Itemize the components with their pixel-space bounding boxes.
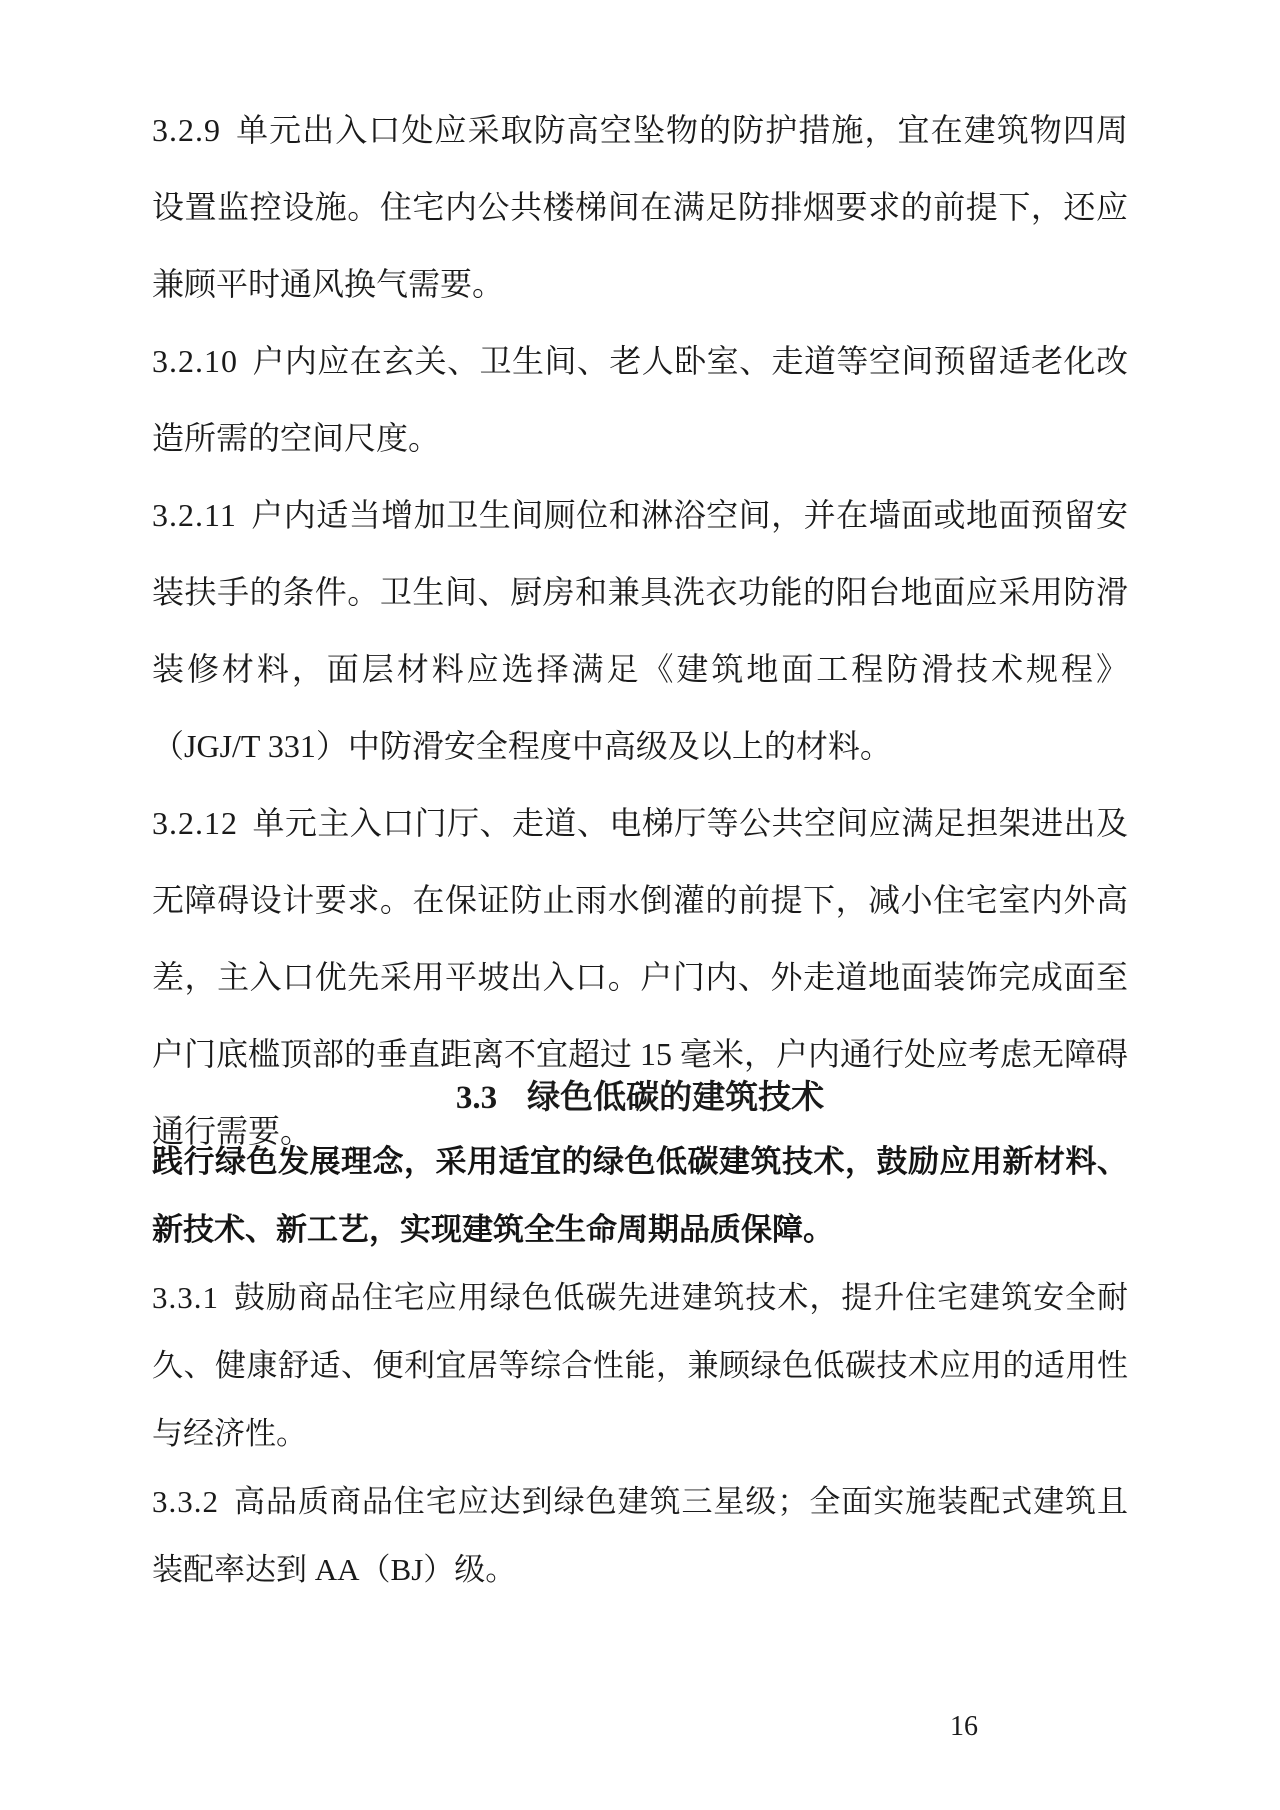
page-number: 16	[950, 1710, 978, 1744]
clause-3-2-11: 3.2.11户内适当增加卫生间厕位和淋浴空间，并在墙面或地面预留安装扶手的条件。…	[152, 477, 1128, 785]
clause-3-2-9: 3.2.9单元出入口处应采取防高空坠物的防护措施，宜在建筑物四周设置监控设施。住…	[152, 92, 1128, 323]
clause-3-3-2-text: 高品质商品住宅应达到绿色建筑三星级；全面实施装配式建筑且装配率达到 AA（BJ）…	[152, 1484, 1128, 1587]
clause-3-3-1: 3.3.1鼓励商品住宅应用绿色低碳先进建筑技术，提升住宅建筑安全耐久、健康舒适、…	[152, 1264, 1128, 1468]
document-page: 3.2.9单元出入口处应采取防高空坠物的防护措施，宜在建筑物四周设置监控设施。住…	[0, 0, 1280, 1810]
section-3-3-heading-title: 绿色低碳的建筑技术	[527, 1078, 824, 1115]
section-3-3-body: 践行绿色发展理念，采用适宜的绿色低碳建筑技术，鼓励应用新材料、新技术、新工艺，实…	[152, 1128, 1128, 1604]
clause-3-3-2-number: 3.3.2	[152, 1484, 219, 1519]
clause-3-2-9-number: 3.2.9	[152, 112, 221, 148]
clause-3-3-1-number: 3.3.1	[152, 1280, 219, 1315]
clause-3-2-10: 3.2.10户内应在玄关、卫生间、老人卧室、走道等空间预留适老化改造所需的空间尺…	[152, 323, 1128, 477]
clause-3-2-9-text: 单元出入口处应采取防高空坠物的防护措施，宜在建筑物四周设置监控设施。住宅内公共楼…	[152, 112, 1128, 302]
clause-3-2-11-number: 3.2.11	[152, 497, 237, 533]
section-3-3-heading: 3.3绿色低碳的建筑技术	[152, 1068, 1128, 1127]
clause-3-3-1-text: 鼓励商品住宅应用绿色低碳先进建筑技术，提升住宅建筑安全耐久、健康舒适、便利宜居等…	[152, 1280, 1128, 1451]
clause-3-3-2: 3.3.2高品质商品住宅应达到绿色建筑三星级；全面实施装配式建筑且装配率达到 A…	[152, 1468, 1128, 1604]
clause-3-2-10-number: 3.2.10	[152, 343, 238, 379]
section-3-3-intro: 践行绿色发展理念，采用适宜的绿色低碳建筑技术，鼓励应用新材料、新技术、新工艺，实…	[152, 1128, 1128, 1264]
section-3-2-body: 3.2.9单元出入口处应采取防高空坠物的防护措施，宜在建筑物四周设置监控设施。住…	[152, 92, 1128, 1170]
section-3-3-heading-number: 3.3	[456, 1080, 497, 1116]
clause-3-2-12-number: 3.2.12	[152, 805, 238, 841]
clause-3-2-10-text: 户内应在玄关、卫生间、老人卧室、走道等空间预留适老化改造所需的空间尺度。	[152, 343, 1128, 456]
clause-3-2-11-text: 户内适当增加卫生间厕位和淋浴空间，并在墙面或地面预留安装扶手的条件。卫生间、厨房…	[152, 497, 1128, 764]
